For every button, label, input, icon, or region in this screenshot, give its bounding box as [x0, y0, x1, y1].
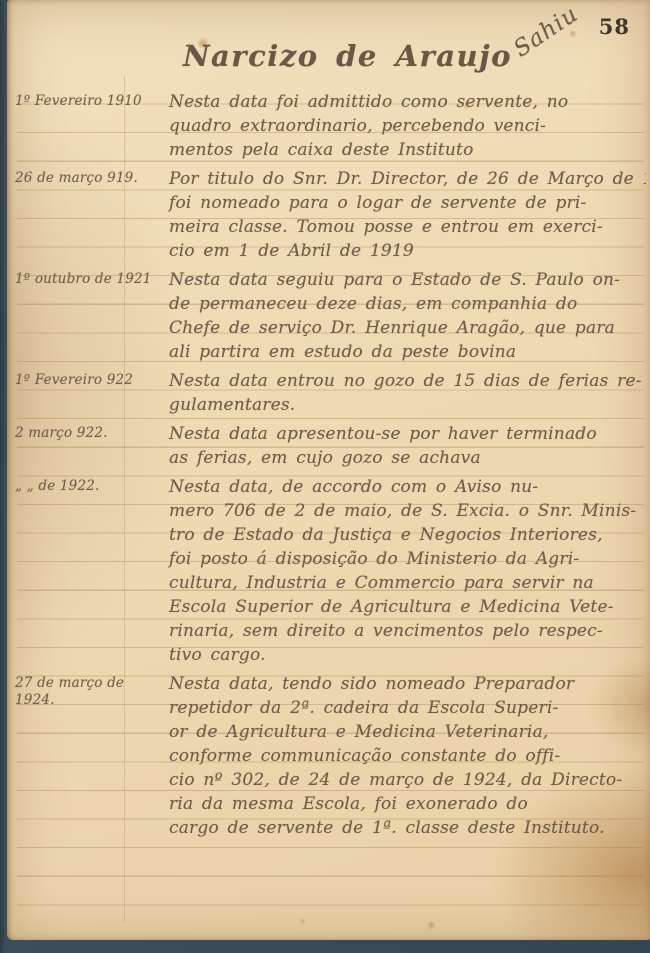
entry-text-line: cio nº 302, de 24 de março de 1924, da D… [169, 768, 646, 792]
entry-text: Nesta data entrou no gozo de 15 dias de … [163, 369, 646, 417]
entry-text-line: Escola Superior de Agricultura e Medicin… [169, 595, 646, 619]
entry-text-line: foi posto á disposição do Ministerio da … [169, 547, 646, 571]
ledger-entry: 2 março 922.Nesta data apresentou-se por… [15, 422, 646, 470]
entry-text-line: Chefe de serviço Dr. Henrique Aragão, qu… [169, 316, 646, 340]
entry-text-line: ali partira em estudo da peste bovina [169, 340, 646, 364]
ledger-entry: 1º outubro de 1921Nesta data seguiu para… [15, 268, 646, 364]
entry-text-line: cultura, Industria e Commercio para serv… [169, 571, 646, 595]
entry-date: 1º outubro de 1921 [15, 268, 163, 288]
entry-text-line: cargo de servente de 1ª. classe deste In… [169, 816, 646, 840]
ledger-entry: 1º Fevereiro 922Nesta data entrou no goz… [15, 369, 646, 417]
ledger-entry: 27 de março de 1924.Nesta data, tendo si… [15, 672, 646, 840]
entry-text-line: repetidor da 2ª. cadeira da Escola Super… [169, 696, 646, 720]
entry-text-line: ria da mesma Escola, foi exonerado do [169, 792, 646, 816]
entry-text: Por titulo do Snr. Dr. Director, de 26 d… [163, 167, 646, 263]
entry-text-line: Nesta data seguiu para o Estado de S. Pa… [169, 268, 646, 292]
entry-text-line: Nesta data, de accordo com o Aviso nu- [169, 475, 646, 499]
ledger-entry: „ „ de 1922.Nesta data, de accordo com o… [15, 475, 646, 667]
ledger-entry: 1º Fevereiro 1910Nesta data foi admittid… [15, 90, 646, 162]
ledger-entry: 26 de março 919.Por titulo do Snr. Dr. D… [15, 167, 646, 263]
entry-date: „ „ de 1922. [15, 475, 163, 495]
entry-text: Nesta data foi admittido como servente, … [163, 90, 646, 162]
entry-text-line: mero 706 de 2 de maio, de S. Excia. o Sn… [169, 499, 646, 523]
entry-text-line: foi nomeado para o logar de servente de … [169, 191, 646, 215]
entry-text-line: meira classe. Tomou posse e entrou em ex… [169, 215, 646, 239]
entry-text-line: rinaria, sem direito a vencimentos pelo … [169, 619, 646, 643]
entry-text-line: mentos pela caixa deste Instituto [169, 138, 646, 162]
entry-text-line: Nesta data apresentou-se por haver termi… [169, 422, 646, 446]
entry-text-line: tro de Estado da Justiça e Negocios Inte… [169, 523, 646, 547]
entry-text-line: conforme communicação constante do offi- [169, 744, 646, 768]
entry-text-line: Nesta data foi admittido como servente, … [169, 90, 646, 114]
entry-text: Nesta data, tendo sido nomeado Preparado… [163, 672, 646, 840]
page-content: Narcizo de Araujo 1º Fevereiro 1910Nesta… [15, 36, 646, 845]
entry-date: 1º Fevereiro 922 [15, 369, 163, 389]
entry-text: Nesta data apresentou-se por haver termi… [163, 422, 646, 470]
entry-text-line: tivo cargo. [169, 643, 646, 667]
document-title: Narcizo de Araujo [183, 36, 646, 76]
entry-text-line: Nesta data, tendo sido nomeado Preparado… [169, 672, 646, 696]
entry-text-line: Por titulo do Snr. Dr. Director, de 26 d… [169, 167, 646, 191]
entry-text-line: quadro extraordinario, percebendo venci- [169, 114, 646, 138]
entry-date: 1º Fevereiro 1910 [15, 90, 163, 110]
entry-date: 27 de março de 1924. [15, 672, 163, 709]
ledger-paper-page: Sahiu 58 Narcizo de Araujo 1º Fevereiro … [7, 0, 650, 940]
ledger-entries: 1º Fevereiro 1910Nesta data foi admittid… [15, 90, 646, 840]
entry-date: 2 março 922. [15, 422, 163, 442]
entry-text-line: as ferias, em cujo gozo se achava [169, 446, 646, 470]
entry-text-line: cio em 1 de Abril de 1919 [169, 239, 646, 263]
entry-text-line: or de Agricultura e Medicina Veterinaria… [169, 720, 646, 744]
entry-text-line: gulamentares. [169, 393, 646, 417]
entry-text-line: de permaneceu deze dias, em companhia do [169, 292, 646, 316]
entry-text: Nesta data seguiu para o Estado de S. Pa… [163, 268, 646, 364]
entry-date: 26 de março 919. [15, 167, 163, 187]
entry-text: Nesta data, de accordo com o Aviso nu-me… [163, 475, 646, 667]
entry-text-line: Nesta data entrou no gozo de 15 dias de … [169, 369, 646, 393]
